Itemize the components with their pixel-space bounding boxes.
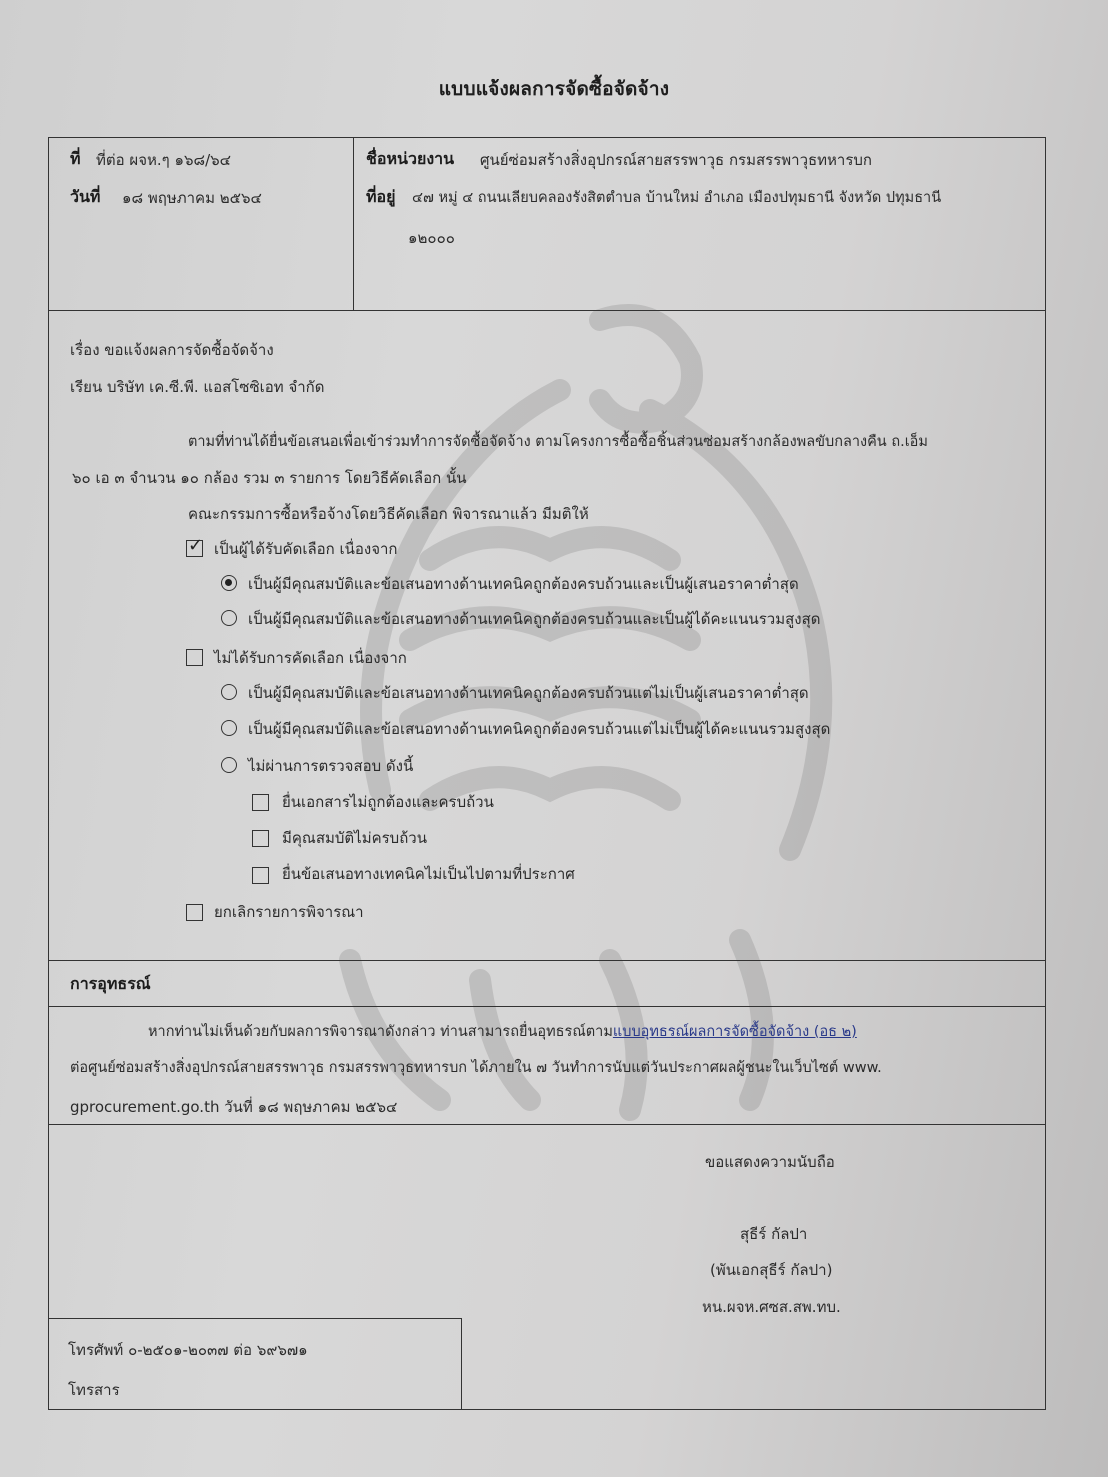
address-label: ที่อยู่ — [366, 185, 396, 210]
ref-value: ที่ต่อ ผจห.ๆ ๑๖๘/๖๔ — [96, 148, 231, 172]
reason-lowest-price-label: เป็นผู้มีคุณสมบัติและข้อเสนอทางด้านเทคนิ… — [248, 572, 799, 596]
not-highest-score-label: เป็นผู้มีคุณสมบัติและข้อเสนอทางด้านเทคนิ… — [248, 717, 830, 741]
address-value: ๔๗ หมู่ ๔ ถนนเลียบคลองรังสิตตำบล บ้านใหม… — [412, 186, 941, 209]
closing: ขอแสดงความนับถือ — [705, 1150, 835, 1174]
ref-label: ที่ — [70, 147, 81, 172]
date-value: ๑๘ พฤษภาคม ๒๕๖๔ — [122, 186, 262, 210]
signer-position: หน.ผจห.ศซส.สพ.ทบ. — [702, 1295, 841, 1319]
fail-qualification-checkbox[interactable] — [252, 830, 269, 847]
body-paragraph-1-line-2: ๖๐ เอ ๓ จำนวน ๑๐ กล้อง รวม ๓ รายการ โดยว… — [72, 466, 466, 490]
agency-value: ศูนย์ซ่อมสร้างสิ่งอุปกรณ์สายสรรพาวุธ กรม… — [480, 148, 872, 172]
form-frame — [48, 137, 1046, 1410]
checkmark-icon: ✓ — [188, 535, 203, 556]
cancel-checkbox[interactable] — [186, 904, 203, 921]
cancel-label: ยกเลิกรายการพิจารณา — [214, 900, 364, 924]
fail-technical-checkbox[interactable] — [252, 867, 269, 884]
selected-checkbox[interactable]: ✓ — [186, 540, 203, 557]
reason-lowest-price-radio[interactable] — [221, 575, 237, 591]
fax-label: โทรสาร — [68, 1378, 120, 1402]
not-selected-checkbox[interactable] — [186, 649, 203, 666]
fail-docs-label: ยื่นเอกสารไม่ถูกต้องและครบถ้วน — [282, 790, 494, 814]
fail-technical-label: ยื่นข้อเสนอทางเทคนิคไม่เป็นไปตามที่ประกา… — [282, 862, 575, 886]
failed-inspection-label: ไม่ผ่านการตรวจสอบ ดังนี้ — [248, 754, 413, 778]
contact-divider — [461, 1318, 462, 1410]
subject-line: เรื่อง ขอแจ้งผลการจัดซื้อจัดจ้าง — [70, 338, 274, 362]
appeal-heading: การอุทธรณ์ — [70, 972, 151, 997]
header-bottom-line — [48, 310, 1046, 311]
appeal-line-1-text: หากท่านไม่เห็นด้วยกับผลการพิจารณาดังกล่า… — [148, 1024, 613, 1040]
phone: โทรศัพท์ ๐-๒๕๐๑-๒๐๓๗ ต่อ ๖๙๖๗๑ — [68, 1338, 308, 1362]
document-title: แบบแจ้งผลการจัดซื้อจัดจ้าง — [0, 74, 1108, 104]
signer-full-name: (พันเอกสุธีร์ กัลปา) — [710, 1258, 832, 1282]
not-highest-score-radio[interactable] — [221, 720, 237, 736]
appeal-line-1: หากท่านไม่เห็นด้วยกับผลการพิจารณาดังกล่า… — [148, 1020, 857, 1043]
appeal-line-3: gprocurement.go.th วันที่ ๑๘ พฤษภาคม ๒๕๖… — [70, 1095, 397, 1119]
not-selected-label: ไม่ได้รับการคัดเลือก เนื่องจาก — [214, 646, 407, 670]
fail-docs-checkbox[interactable] — [252, 794, 269, 811]
reason-highest-score-radio[interactable] — [221, 610, 237, 626]
appeal-line-2: ต่อศูนย์ซ่อมสร้างสิ่งอุปกรณ์สายสรรพาวุธ … — [70, 1056, 882, 1079]
not-lowest-price-label: เป็นผู้มีคุณสมบัติและข้อเสนอทางด้านเทคนิ… — [248, 681, 809, 705]
date-label: วันที่ — [70, 185, 100, 210]
body-paragraph-1-line-1: ตามที่ท่านได้ยื่นข้อเสนอเพื่อเข้าร่วมทำก… — [188, 430, 928, 453]
header-divider — [353, 137, 354, 310]
appeal-heading-line — [48, 1006, 1046, 1007]
appeal-bottom-line — [48, 1124, 1046, 1125]
appeal-form-link[interactable]: แบบอุทธรณ์ผลการจัดซื้อจัดจ้าง (อธ ๒) — [613, 1024, 857, 1040]
fail-qualification-label: มีคุณสมบัติไม่ครบถ้วน — [282, 826, 427, 850]
signer-name: สุธีร์ กัลปา — [740, 1222, 807, 1246]
postcode: ๑๒๐๐๐ — [408, 226, 455, 250]
selected-label: เป็นผู้ได้รับคัดเลือก เนื่องจาก — [214, 537, 398, 561]
failed-inspection-radio[interactable] — [221, 757, 237, 773]
reason-highest-score-label: เป็นผู้มีคุณสมบัติและข้อเสนอทางด้านเทคนิ… — [248, 607, 820, 631]
contact-top-line — [48, 1318, 461, 1319]
body-paragraph-2: คณะกรรมการซื้อหรือจ้างโดยวิธีคัดเลือก พิ… — [188, 502, 589, 526]
to-line: เรียน บริษัท เค.ซี.พี. แอสโซซิเอท จำกัด — [70, 375, 325, 399]
appeal-top-line — [48, 960, 1046, 961]
not-lowest-price-radio[interactable] — [221, 684, 237, 700]
agency-label: ชื่อหน่วยงาน — [366, 147, 454, 172]
